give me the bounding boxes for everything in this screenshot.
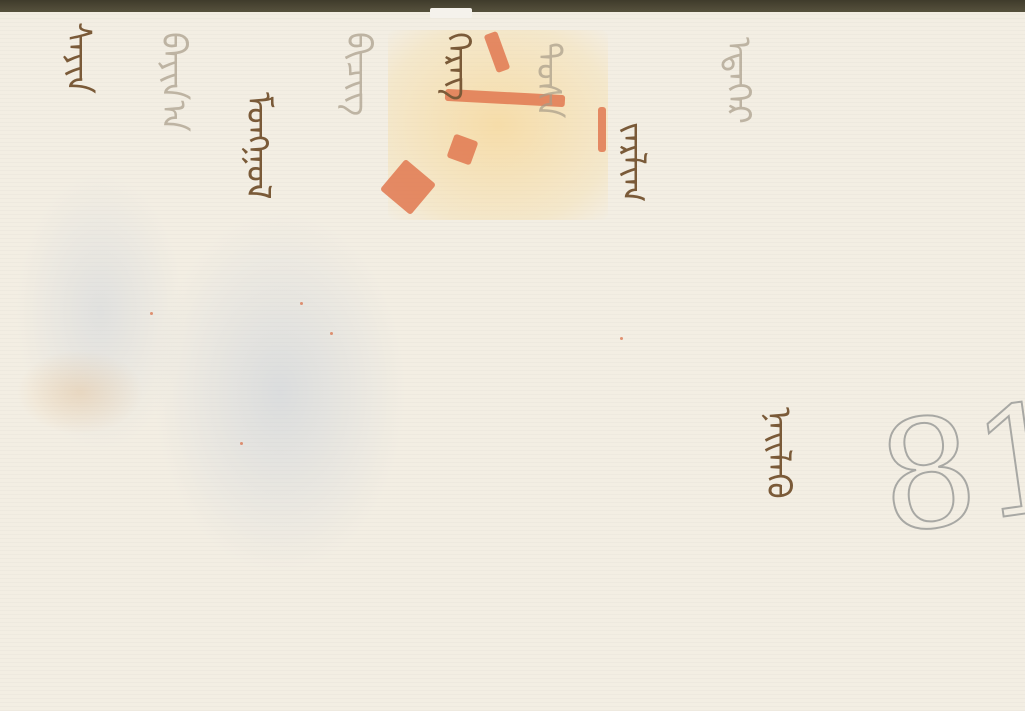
script-column: ᠵᠠᠷᠯᠢᠭ	[615, 122, 651, 203]
script-column: ᠮᠣᠩᠭᠣᠯ	[240, 92, 276, 200]
pencil-page-number: 81	[869, 370, 1025, 569]
script-column: ᠲᠤᠰᠠ	[530, 42, 566, 119]
ink-speck	[300, 302, 303, 305]
ink-speck	[620, 337, 623, 340]
script-column: ᠡᠳᠡᠭᠡᠷ	[720, 37, 756, 124]
paper-tab	[430, 8, 472, 18]
script-column: ᠪᠠᠶᠢᠨ᠎ᠠ	[155, 32, 191, 132]
ink-speck	[240, 442, 243, 445]
script-column: ᠰᠠᠶᠢᠨ	[60, 22, 96, 94]
script-column: ᠪᠢᠴᠢᠭ	[340, 32, 376, 116]
manuscript-paper: ᠰᠠᠶᠢᠨ ᠪᠠᠶᠢᠨ᠎ᠠ ᠮᠣᠩᠭᠣᠯ ᠪᠢᠴᠢᠭ ᠬᠡᠷᠡᠭ ᠲᠤᠰᠠ ᠵᠠ…	[0, 12, 1025, 711]
ink-speck	[150, 312, 153, 315]
script-column: ᠬᠡᠷᠡᠭ	[440, 32, 476, 101]
ink-speck	[330, 332, 333, 335]
seal-mark	[598, 107, 606, 152]
script-column: ᠨᠡᠢᠯᠡᠭᠦ	[760, 407, 796, 499]
